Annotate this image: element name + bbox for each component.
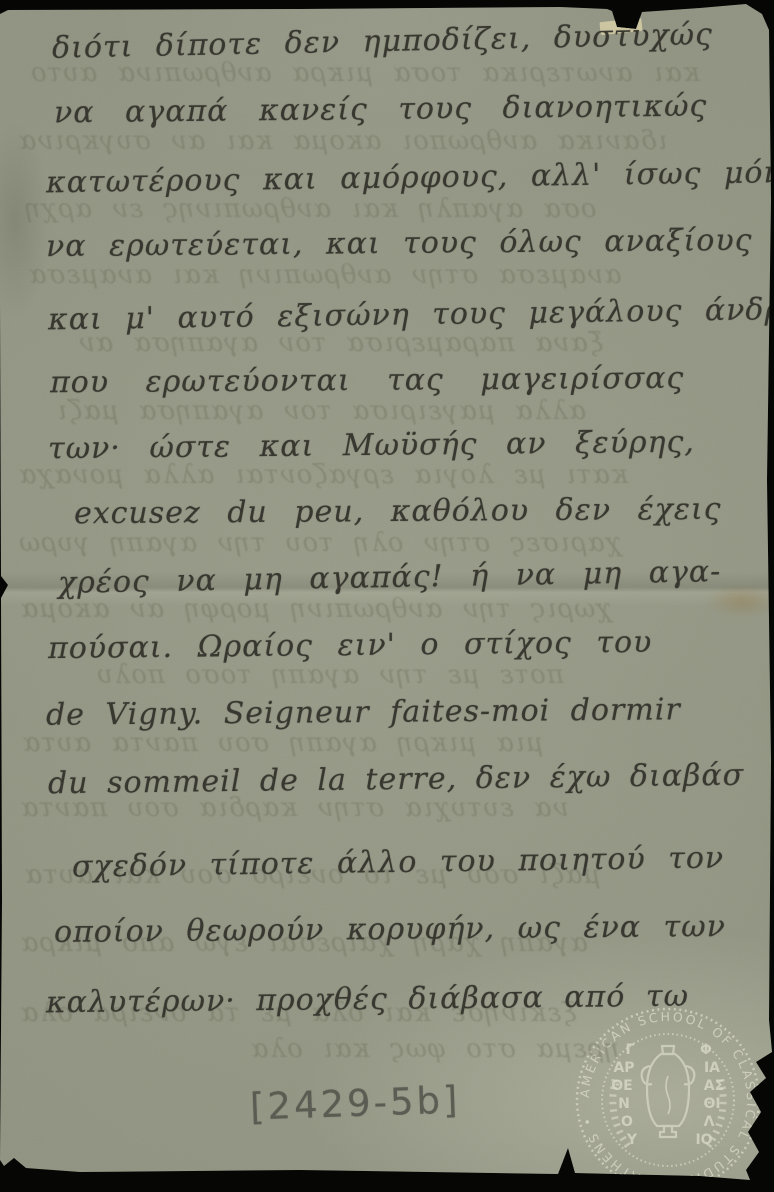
bleedthrough-line: ιδανικα ανθρωποι ακομα και αν συγκρινα bbox=[18, 126, 668, 156]
manuscript-line: de Vigny. Seigneur faites-moi dormir bbox=[46, 692, 681, 733]
paper-sheet: AMERICAN SCHOOL OF CLASSICAL STUDIES AT … bbox=[0, 0, 774, 1192]
manuscript-line: οποίον θεωρούν κορυφήν, ως ένα των bbox=[54, 909, 726, 950]
svg-text:ΘΙ: ΘΙ bbox=[703, 1096, 720, 1112]
bleedthrough-line: αναμεσα στην ανθρωπινη και αναμεσα bbox=[28, 260, 622, 290]
library-embossed-seal: AMERICAN SCHOOL OF CLASSICAL STUDIES AT … bbox=[558, 988, 774, 1192]
manuscript-line: excusez du peu, καθόλου δεν έχεις bbox=[74, 492, 722, 532]
scanned-document: AMERICAN SCHOOL OF CLASSICAL STUDIES AT … bbox=[0, 0, 774, 1192]
svg-text:Φ: Φ bbox=[700, 1042, 712, 1058]
svg-text:Υ: Υ bbox=[626, 1132, 638, 1148]
manuscript-line: και μ' αυτό εξισώνη τους μεγάλους άνδρας bbox=[48, 292, 774, 338]
bleedthrough-line: μια μικρη αγαπη σου παντα αυτα bbox=[22, 728, 543, 758]
manuscript-line: πούσαι. Ωραίος ειν' ο στίχος του bbox=[48, 625, 653, 666]
svg-text:Λ: Λ bbox=[704, 1114, 715, 1130]
svg-text:Ο: Ο bbox=[621, 1114, 633, 1130]
bleedthrough-line: χαρισες στην ολη του την αγαπη γυρω bbox=[18, 528, 622, 558]
manuscript-line: καλυτέρων· προχθές διάβασα από τω bbox=[46, 979, 689, 1021]
svg-text:Ν: Ν bbox=[618, 1096, 630, 1112]
svg-text:ΑΣ: ΑΣ bbox=[704, 1078, 724, 1094]
svg-text:ΙΟ: ΙΟ bbox=[695, 1132, 712, 1148]
manuscript-line: σχεδόν τίποτε άλλο του ποιητού τον bbox=[72, 840, 725, 884]
manuscript-line: που ερωτεύονται τας μαγειρίσσας bbox=[50, 361, 685, 400]
manuscript-line: να ερωτεύεται, και τους όλως αναξίους bbox=[46, 223, 753, 264]
svg-text:ΙΑ: ΙΑ bbox=[704, 1060, 720, 1076]
manuscript-line: κατωτέρους και αμόρφους, αλλ' ίσως μόνον bbox=[46, 155, 774, 201]
archive-reference-pencil: [2429-5b] bbox=[249, 1078, 461, 1128]
manuscript-line: των· ώστε και Μωϋσής αν ξεύρης, bbox=[48, 425, 695, 467]
manuscript-line: να αγαπά κανείς τους διανοητικώς bbox=[54, 89, 708, 131]
bleedthrough-line: αλλα μαγειρισα τον αγαπησα μαζι bbox=[56, 396, 586, 426]
svg-text:ΘΕ: ΘΕ bbox=[611, 1078, 632, 1094]
bleedthrough-line: ηρεμα στο φως και ολα bbox=[250, 1034, 620, 1064]
manuscript-line: du sommeil de la terre, δεν έχω διαβάσ bbox=[48, 758, 744, 802]
seal-amphora-icon bbox=[642, 1046, 695, 1137]
svg-text:Γ: Γ bbox=[626, 1042, 635, 1058]
